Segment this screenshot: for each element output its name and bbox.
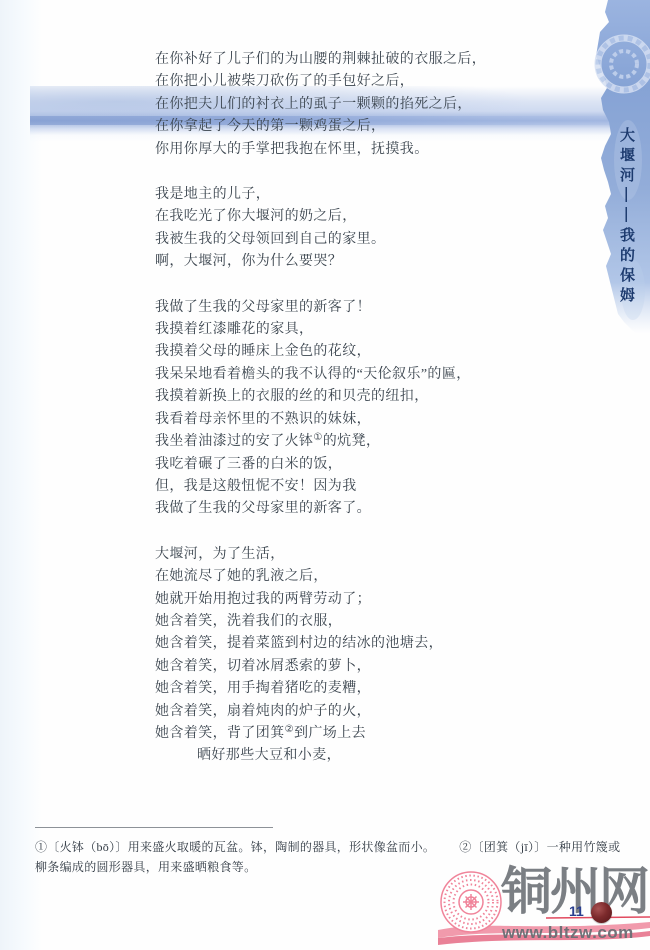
poem-line: 她含着笑，用手掏着猪吃的麦糟， xyxy=(155,678,595,700)
poem-line: 在她流尽了她的乳液之后， xyxy=(155,566,595,588)
poem-line: 我做了生我的父母家里的新客了。 xyxy=(155,498,595,520)
poem-line: 我坐着油漆过的安了火钵①的炕凳， xyxy=(155,431,595,453)
poem-line: 她就开始用抱过我的两臂劳动了； xyxy=(155,589,595,611)
poem-line: 她含着笑，扇着炖肉的炉子的火， xyxy=(155,701,595,723)
poem-line: 在我吃光了你大堰河的奶之后， xyxy=(155,206,595,228)
footnote-ref: ② xyxy=(285,724,294,735)
poem-line: 在你把小儿被柴刀砍伤了的手包好之后， xyxy=(155,71,595,93)
poem-line: 我摸着红漆雕花的家具， xyxy=(155,319,595,341)
poem-line: 在你拿起了今天的第一颗鸡蛋之后， xyxy=(155,116,595,138)
poem-line: 大堰河，为了生活， xyxy=(155,544,595,566)
poem-line: 在你补好了儿子们的为山腰的荆棘扯破的衣服之后， xyxy=(155,49,595,71)
poem-stanza: 我是地主的儿子，在我吃光了你大堰河的奶之后，我被生我的父母领回到自己的家里。啊，… xyxy=(155,184,595,274)
page-number: 11 xyxy=(569,903,584,919)
poem-line: 她含着笑，提着菜篮到村边的结冰的池塘去， xyxy=(155,633,595,655)
poem-line: 我摸着新换上的衣服的丝的和贝壳的纽扣， xyxy=(155,386,595,408)
footnote: ①〔火钵（bō）〕用来盛火取暖的瓦盆。钵，陶制的器具，形状像盆而小。 xyxy=(35,840,435,854)
poem-stanza: 在你补好了儿子们的为山腰的荆棘扯破的衣服之后，在你把小儿被柴刀砍伤了的手包好之后… xyxy=(155,49,595,161)
watermark-site-url: www.bltzw.com xyxy=(502,923,634,943)
footnote-ref: ① xyxy=(313,432,322,443)
poem-line: 她含着笑，切着冰屑悉索的萝卜， xyxy=(155,656,595,678)
poem-line: 晒好那些大豆和小麦， xyxy=(155,745,595,767)
chapter-title-vertical: 大堰河——我的保姆 xyxy=(616,127,637,307)
poem-line: 但，我是这般忸怩不安！因为我 xyxy=(155,476,595,498)
poem-stanza: 我做了生我的父母家里的新客了！我摸着红漆雕花的家具，我摸着父母的睡床上金色的花纹… xyxy=(155,297,595,521)
poem-line: 我呆呆地看着檐头的我不认得的“天伦叙乐”的匾， xyxy=(155,364,595,386)
poem-stanza: 大堰河，为了生活，在她流尽了她的乳液之后，她就开始用抱过我的两臂劳动了；她含着笑… xyxy=(155,544,595,768)
poem-line: 我吃着碾了三番的白米的饭， xyxy=(155,454,595,476)
poem-line: 我看着母亲怀里的不熟识的妹妹， xyxy=(155,409,595,431)
poem-line: 我摸着父母的睡床上金色的花纹， xyxy=(155,341,595,363)
poem-body: 在你补好了儿子们的为山腰的荆棘扯破的衣服之后，在你把小儿被柴刀砍伤了的手包好之后… xyxy=(155,49,595,791)
red-badge-icon xyxy=(591,902,612,923)
poem-line: 我做了生我的父母家里的新客了！ xyxy=(155,297,595,319)
poem-line: 我是地主的儿子， xyxy=(155,184,595,206)
poem-line: 她含着笑，背了团箕②到广场上去 xyxy=(155,723,595,745)
poem-line: 我被生我的父母领回到自己的家里。 xyxy=(155,229,595,251)
poem-line: 在你把夫儿们的衬衣上的虱子一颗颗的掐死之后， xyxy=(155,94,595,116)
page-left-margin-tint xyxy=(0,0,42,950)
poem-line: 你用你厚大的手掌把我抱在怀里，抚摸我。 xyxy=(155,139,595,161)
poem-line: 啊，大堰河，你为什么要哭？ xyxy=(155,251,595,273)
poem-line: 她含着笑，洗着我们的衣服， xyxy=(155,611,595,633)
footnote-divider xyxy=(35,827,273,828)
